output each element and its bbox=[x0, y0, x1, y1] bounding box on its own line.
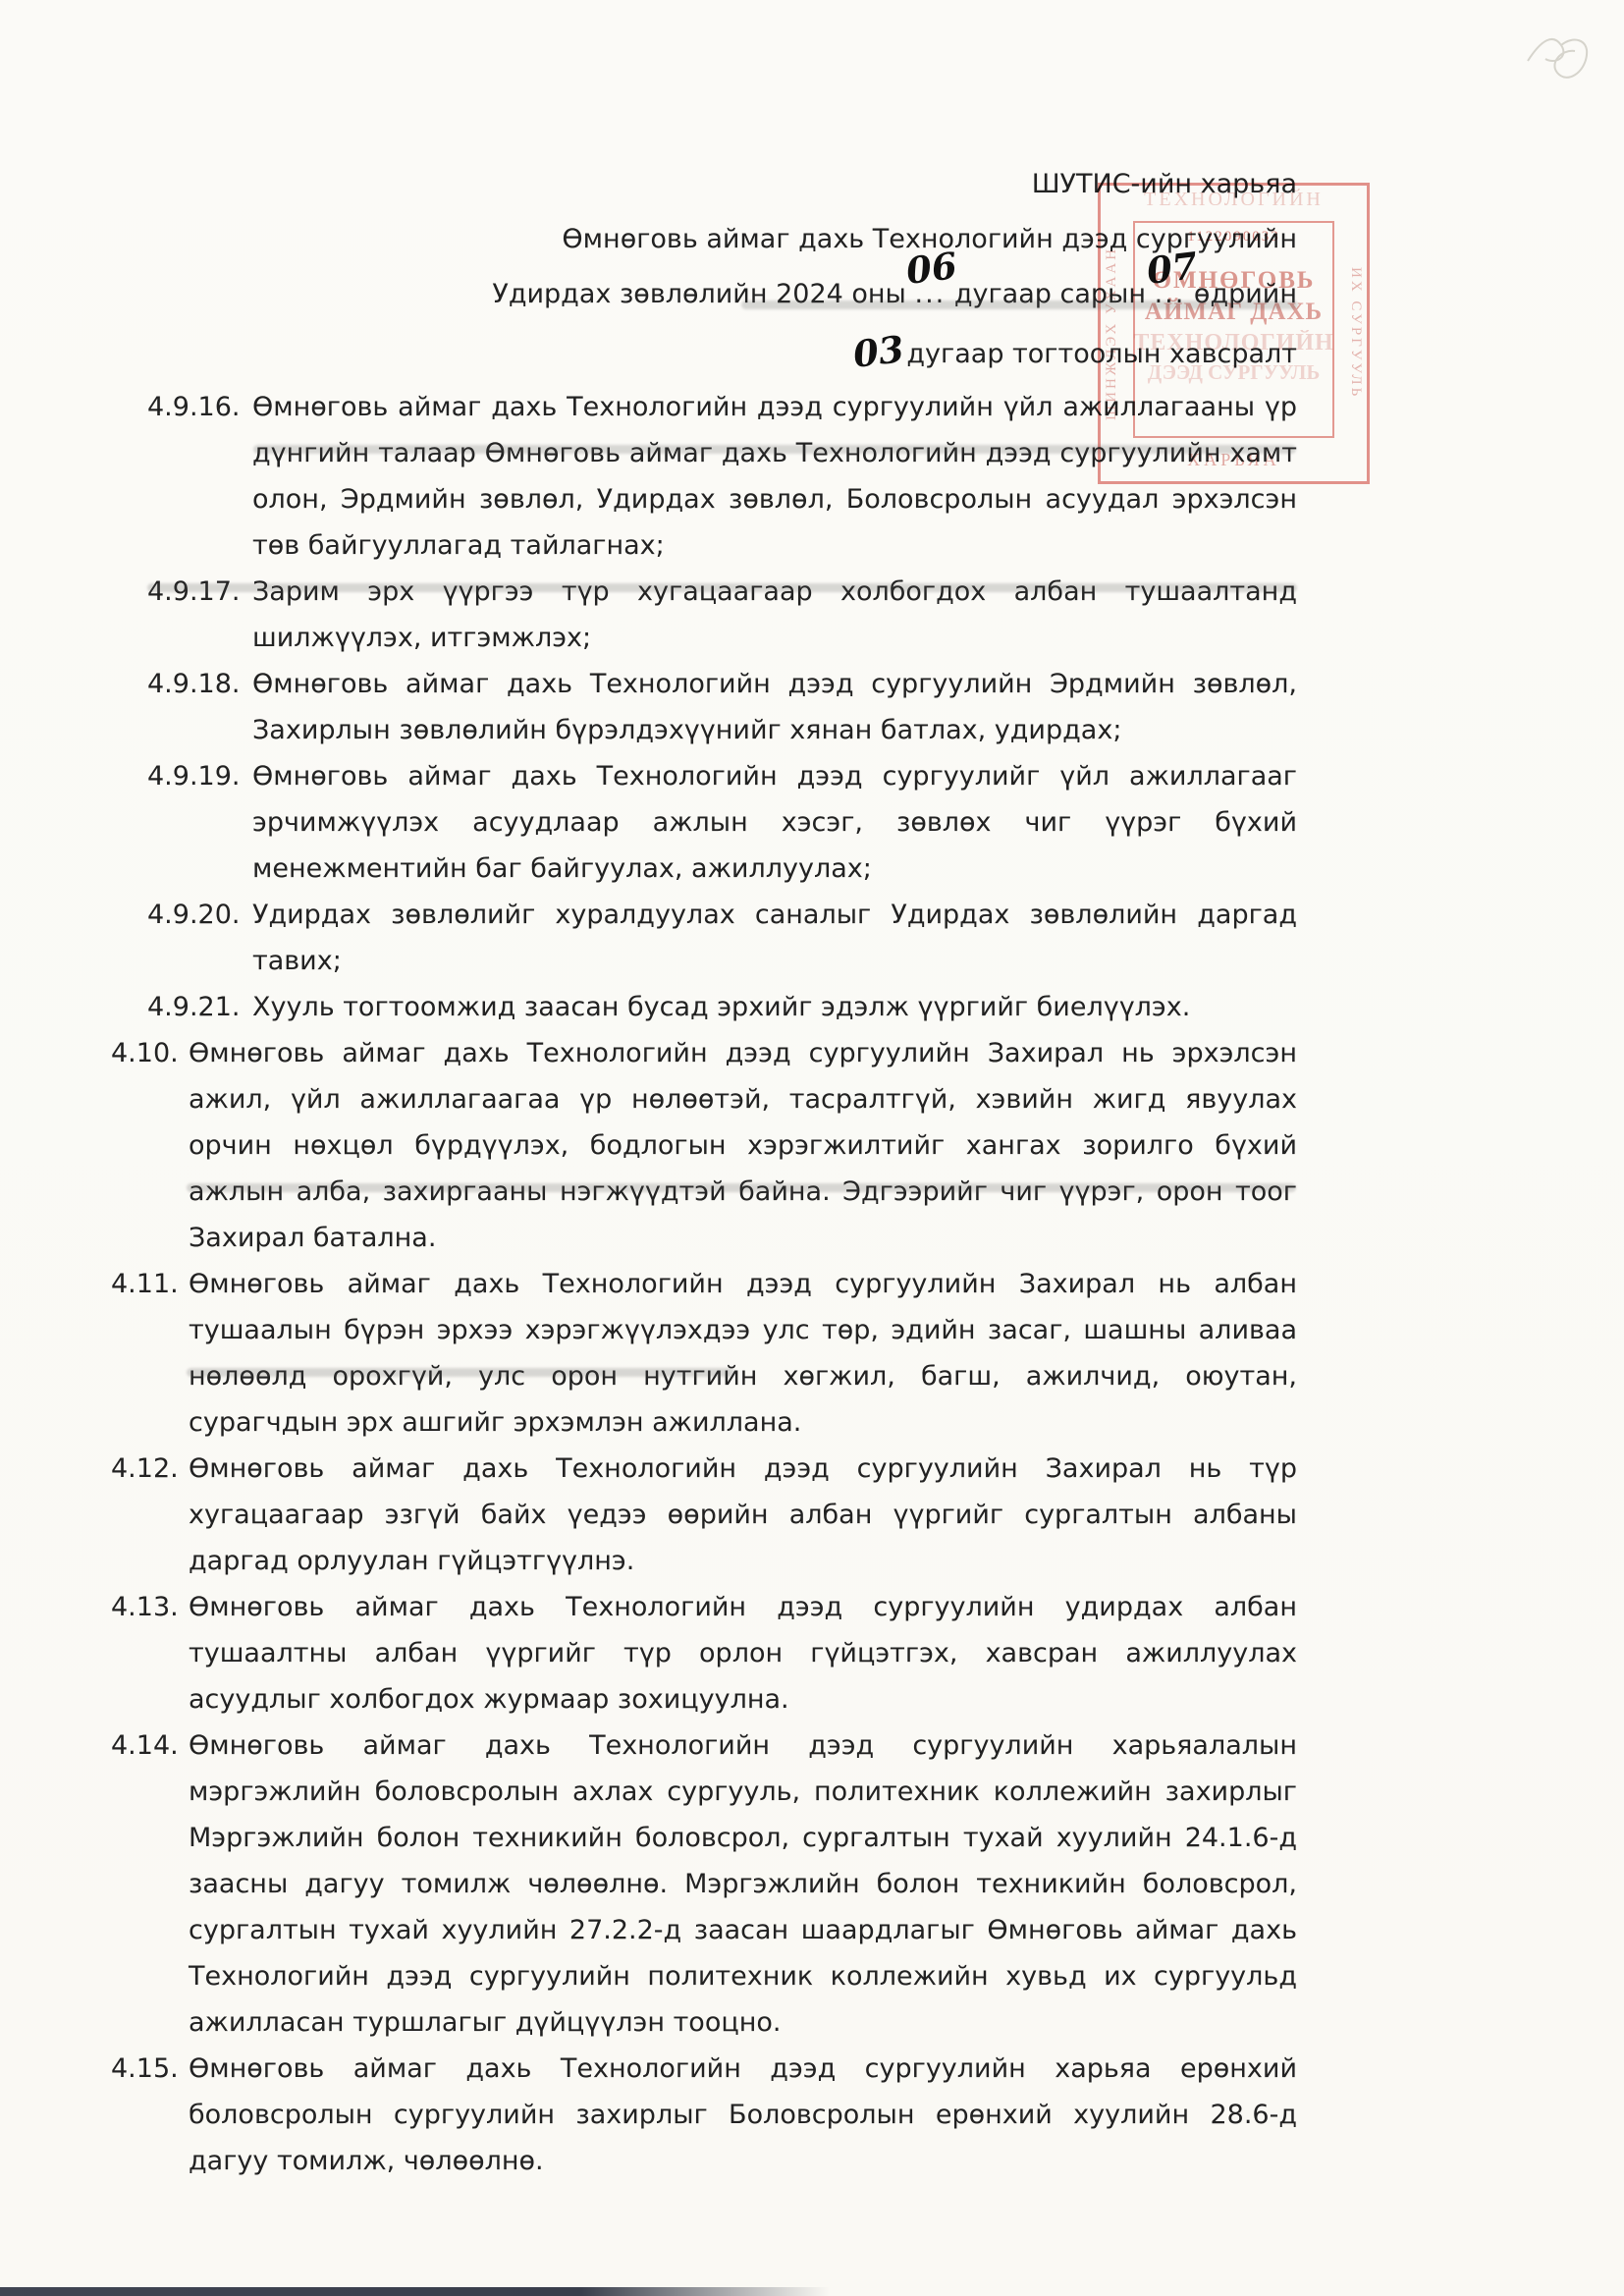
handwritten-resolution-number: 03 bbox=[850, 321, 907, 382]
item-text: Өмнөговь аймаг дахь Технологийн дээд сур… bbox=[252, 761, 1297, 884]
item-text: Өмнөговь аймаг дахь Технологийн дээд сур… bbox=[189, 1269, 1297, 1438]
scanner-edge-artifact bbox=[0, 2287, 830, 2296]
pencil-scribble bbox=[1451, 0, 1624, 118]
item-number: 4.9.19. bbox=[147, 753, 252, 799]
item-number: 4.9.16. bbox=[147, 384, 252, 430]
item-text: Хууль тогтоомжид заасан бусад эрхийг эдэ… bbox=[252, 992, 1190, 1022]
item-number: 4.9.18. bbox=[147, 661, 252, 707]
item-number: 4.9.17. bbox=[147, 569, 252, 615]
list-item: 4.10.Өмнөговь аймаг дахь Технологийн дээ… bbox=[111, 1030, 1297, 1261]
item-number: 4.13. bbox=[111, 1584, 189, 1630]
item-text: Өмнөговь аймаг дахь Технологийн дээд сур… bbox=[189, 1592, 1297, 1715]
list-item: 4.13.Өмнөговь аймаг дахь Технологийн дээ… bbox=[111, 1584, 1297, 1722]
list-item: 4.9.21.Хууль тогтоомжид заасан бусад эрх… bbox=[147, 984, 1297, 1030]
item-number: 4.15. bbox=[111, 2046, 189, 2092]
item-number: 4.11. bbox=[111, 1261, 189, 1307]
header-affiliation: ШУТИС-ийн харьяа bbox=[111, 157, 1297, 212]
document-content: ШУТИС-ийн харьяа Өмнөговь аймаг дахь Тех… bbox=[111, 157, 1297, 2184]
council-line-text: дугаар сарын bbox=[954, 279, 1146, 309]
list-item: 4.14.Өмнөговь аймаг дахь Технологийн дээ… bbox=[111, 1722, 1297, 2046]
item-text: Өмнөговь аймаг дахь Технологийн дээд сур… bbox=[189, 1730, 1297, 2038]
resolution-line-text: дугаар тогтоолын хавсралт bbox=[906, 339, 1297, 369]
month-blank: 06... bbox=[914, 267, 946, 322]
council-line-text: Удирдах зөвлөлийн 2024 оны bbox=[492, 279, 906, 309]
item-text: Өмнөговь аймаг дахь Технологийн дээд сур… bbox=[252, 669, 1297, 745]
item-number: 4.9.20. bbox=[147, 892, 252, 938]
header-resolution-line: 03дугаар тогтоолын хавсралт bbox=[111, 322, 1297, 382]
item-text: Өмнөговь аймаг дахь Технологийн дээд сур… bbox=[189, 1038, 1297, 1253]
item-text: Зарим эрх үүргээ түр хугацаагаар холбогд… bbox=[252, 576, 1297, 653]
document-header: ШУТИС-ийн харьяа Өмнөговь аймаг дахь Тех… bbox=[111, 157, 1297, 382]
item-text: Удирдах зөвлөлийг хуралдуулах саналыг Уд… bbox=[252, 900, 1297, 976]
item-number: 4.10. bbox=[111, 1030, 189, 1076]
item-number: 4.14. bbox=[111, 1722, 189, 1769]
header-school: Өмнөговь аймаг дахь Технологийн дээд сур… bbox=[111, 212, 1297, 267]
list-item: 4.9.20.Удирдах зөвлөлийг хуралдуулах сан… bbox=[147, 892, 1297, 984]
list-item: 4.9.16.Өмнөговь аймаг дахь Технологийн д… bbox=[147, 384, 1297, 569]
day-blank: 07... bbox=[1155, 267, 1186, 322]
item-text: Өмнөговь аймаг дахь Технологийн дээд сур… bbox=[189, 2053, 1297, 2176]
list-item: 4.15.Өмнөговь аймаг дахь Технологийн дээ… bbox=[111, 2046, 1297, 2184]
item-text: Өмнөговь аймаг дахь Технологийн дээд сур… bbox=[189, 1453, 1297, 1576]
item-number: 4.9.21. bbox=[147, 984, 252, 1030]
scanned-document-page: ТЕХНОЛОГИЙН ШИНЖЛЭХ УХААН ИХ СУРГУУЛЬ 11… bbox=[0, 0, 1624, 2296]
list-item: 4.9.17.Зарим эрх үүргээ түр хугацаагаар … bbox=[147, 569, 1297, 661]
handwritten-day: 07 bbox=[1143, 238, 1200, 299]
item-text: Өмнөговь аймаг дахь Технологийн дээд сур… bbox=[252, 392, 1297, 561]
handwritten-month: 06 bbox=[903, 238, 960, 299]
item-number: 4.12. bbox=[111, 1446, 189, 1492]
council-line-text: өдрийн bbox=[1194, 279, 1297, 309]
list-item: 4.11.Өмнөговь аймаг дахь Технологийн дээ… bbox=[111, 1261, 1297, 1446]
list-item: 4.12.Өмнөговь аймаг дахь Технологийн дээ… bbox=[111, 1446, 1297, 1584]
list-item: 4.9.19.Өмнөговь аймаг дахь Технологийн д… bbox=[147, 753, 1297, 892]
list-item: 4.9.18.Өмнөговь аймаг дахь Технологийн д… bbox=[147, 661, 1297, 753]
header-council-date-line: Удирдах зөвлөлийн 2024 оны 06... дугаар … bbox=[111, 267, 1297, 322]
stamp-right-text: ИХ СУРГУУЛЬ bbox=[1338, 227, 1364, 440]
